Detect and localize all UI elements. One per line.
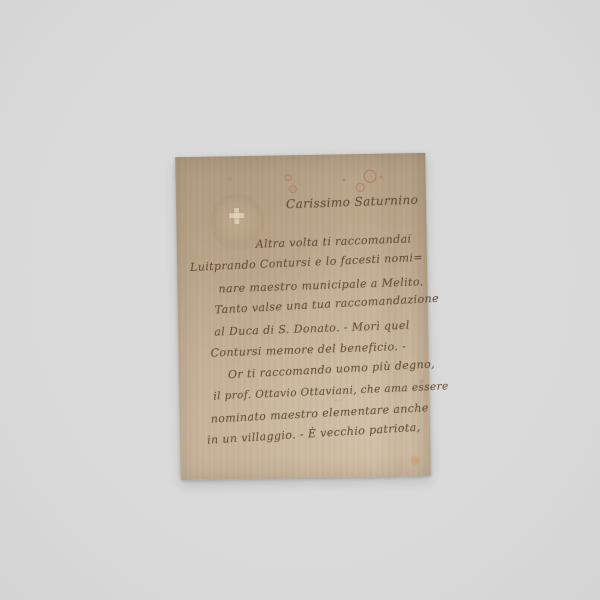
foxing-spot bbox=[363, 170, 376, 183]
letter-line: in un villaggio. - È vecchio patriota, bbox=[207, 421, 421, 447]
letter-line: nare maestro municipale a Melito. bbox=[218, 275, 424, 295]
letter-line: Tanto valse una tua raccomandazione bbox=[215, 292, 440, 317]
foxing-spot bbox=[228, 177, 232, 181]
letter-line: al Duca di S. Donato. - Morì quel bbox=[214, 319, 410, 339]
foxing-spot bbox=[356, 183, 365, 192]
letter-line: Luitprando Contursi e lo facesti nomi= bbox=[190, 251, 423, 274]
foxing-spot bbox=[285, 174, 292, 181]
letter-paper: Carissimo Saturnino Altra volta ti racco… bbox=[175, 153, 431, 480]
foxing-spot bbox=[289, 185, 297, 193]
letter-line: Or ti raccomando uomo più degno, bbox=[228, 357, 436, 381]
photo-background: Carissimo Saturnino Altra volta ti racco… bbox=[0, 0, 600, 600]
letter-line: Carissimo Saturnino bbox=[286, 193, 419, 212]
foxing-spot bbox=[410, 456, 419, 465]
foxing-spot bbox=[343, 178, 346, 181]
foxing-spot bbox=[380, 176, 383, 179]
seal-cross-icon bbox=[229, 213, 244, 218]
letter-line: Altra volta ti raccomandai bbox=[256, 232, 412, 250]
letter-line: Contursi memore del beneficio. - bbox=[210, 340, 406, 360]
letter-line: il prof. Ottavio Ottaviani, che ama esse… bbox=[213, 380, 449, 402]
